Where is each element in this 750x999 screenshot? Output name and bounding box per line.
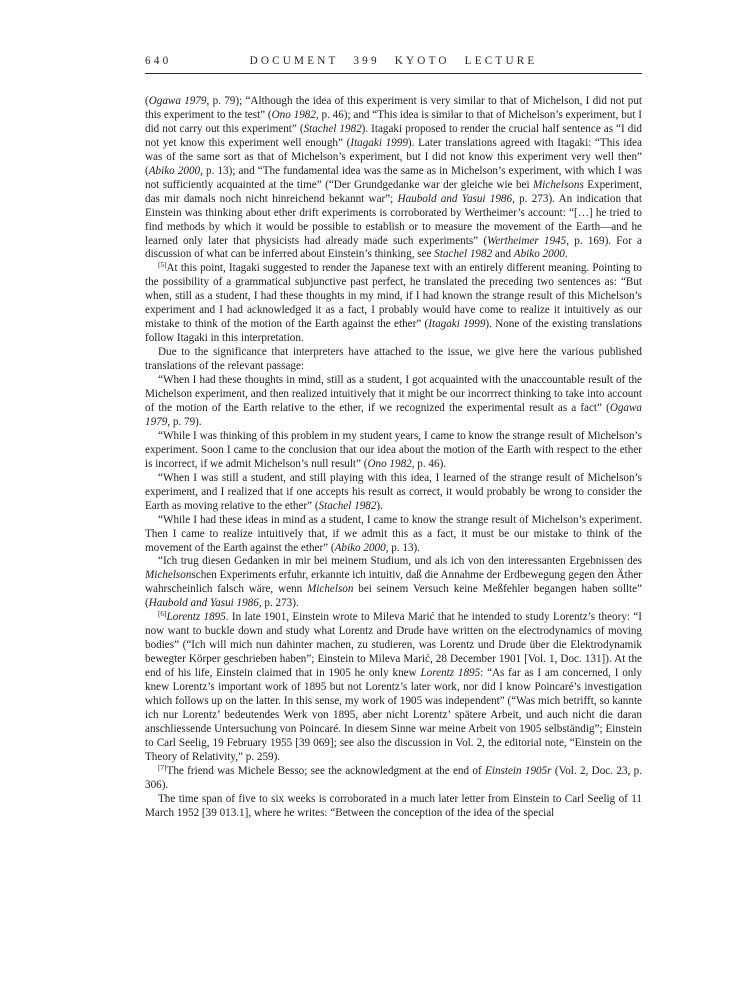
citation-italic: Stachel 1982 bbox=[304, 123, 362, 135]
footnotes-text-block: (Ogawa 1979, p. 79); “Although the idea … bbox=[145, 95, 642, 821]
text-run: ). bbox=[376, 500, 383, 512]
citation-italic: Ono 1982 bbox=[272, 109, 316, 121]
citation-italic: Ogawa 1979 bbox=[149, 95, 207, 107]
text-column: 640 DOCUMENT 399 KYOTO LECTURE (Ogawa 19… bbox=[145, 55, 642, 821]
text-run: and bbox=[492, 248, 514, 260]
paragraph: [5]At this point, Itagaki suggested to r… bbox=[145, 262, 642, 346]
paragraph: [7]The friend was Michele Besso; see the… bbox=[145, 765, 642, 793]
citation-italic: Wertheimer 1945 bbox=[487, 235, 566, 247]
text-run: : “As far as I am concerned, I only knew… bbox=[145, 667, 642, 763]
footnote-marker: [5] bbox=[158, 260, 167, 269]
citation-italic: Stachel 1982 bbox=[434, 248, 492, 260]
text-run: . bbox=[565, 248, 568, 260]
paragraph: “When I was still a student, and still p… bbox=[145, 472, 642, 514]
paragraph: “Ich trug diesen Gedanken in mir bei mei… bbox=[145, 555, 642, 611]
header-rule bbox=[145, 73, 642, 74]
document-page: 640 DOCUMENT 399 KYOTO LECTURE (Ogawa 19… bbox=[0, 0, 750, 999]
citation-italic: Abiko 2000 bbox=[335, 542, 386, 554]
paragraph: “While I had these ideas in mind as a st… bbox=[145, 514, 642, 556]
paragraph: (Ogawa 1979, p. 79); “Although the idea … bbox=[145, 95, 642, 262]
text-run: Due to the significance that interpreter… bbox=[145, 346, 642, 372]
text-run: The friend was Michele Besso; see the ac… bbox=[167, 765, 486, 777]
text-run: “When I had these thoughts in mind, stil… bbox=[145, 374, 642, 414]
citation-italic: Michelsons bbox=[533, 179, 584, 191]
text-run: The time span of five to six weeks is co… bbox=[145, 793, 642, 819]
citation-italic: Michelson bbox=[307, 583, 353, 595]
paragraph: [6]Lorentz 1895. In late 1901, Einstein … bbox=[145, 611, 642, 764]
text-run: “When I was still a student, and still p… bbox=[145, 472, 642, 512]
running-head: 640 DOCUMENT 399 KYOTO LECTURE bbox=[145, 55, 642, 72]
citation-italic: Abiko 2000 bbox=[514, 248, 565, 260]
footnote-marker: [6] bbox=[158, 609, 167, 618]
citation-italic: Stachel 1982 bbox=[319, 500, 377, 512]
paragraph: Due to the significance that interpreter… bbox=[145, 346, 642, 374]
citation-italic: Einstein 1905r bbox=[485, 765, 551, 777]
citation-italic: Michelson bbox=[145, 569, 191, 581]
paragraph: The time span of five to six weeks is co… bbox=[145, 793, 642, 821]
text-run: , p. 13). bbox=[386, 542, 420, 554]
page-number: 640 bbox=[145, 55, 171, 67]
text-run: , p. 79). bbox=[167, 416, 201, 428]
running-head-title: DOCUMENT 399 KYOTO LECTURE bbox=[145, 55, 642, 67]
footnote-marker: [7] bbox=[158, 763, 167, 772]
text-run: , p. 273). bbox=[259, 597, 299, 609]
citation-italic: Haubold and Yasui 1986 bbox=[398, 193, 513, 205]
citation-italic: Itagaki 1999 bbox=[350, 137, 408, 149]
citation-italic: Lorentz 1895 bbox=[420, 667, 480, 679]
paragraph: “While I was thinking of this problem in… bbox=[145, 430, 642, 472]
text-run: “Ich trug diesen Gedanken in mir bei mei… bbox=[158, 555, 642, 567]
citation-italic: Lorentz 1895 bbox=[167, 611, 226, 623]
paragraph: “When I had these thoughts in mind, stil… bbox=[145, 374, 642, 430]
text-run: , p. 46). bbox=[412, 458, 446, 470]
citation-italic: Ono 1982 bbox=[367, 458, 411, 470]
citation-italic: Itagaki 1999 bbox=[428, 318, 485, 330]
citation-italic: Abiko 2000 bbox=[149, 165, 200, 177]
citation-italic: Haubold and Yasui 1986 bbox=[149, 597, 259, 609]
